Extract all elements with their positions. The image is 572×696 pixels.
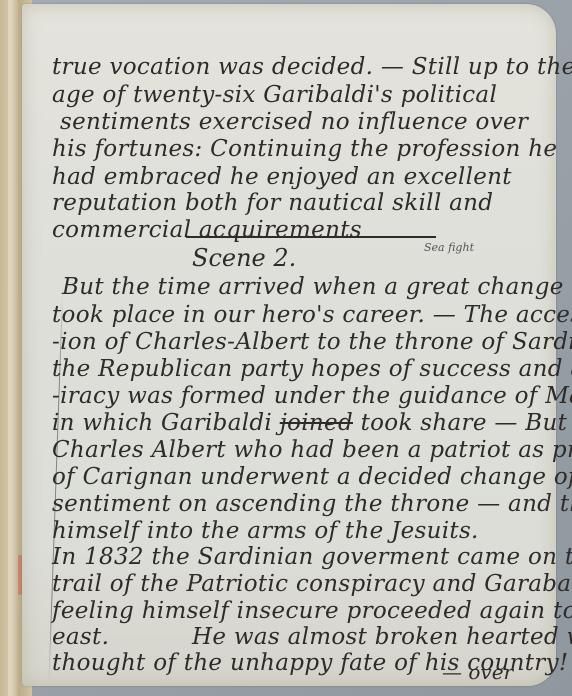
text-line: true vocation was decided. — Still up to…: [52, 56, 572, 79]
text-fragment: took share — But: [361, 410, 568, 436]
text-line: the Republican party hopes of success an…: [52, 358, 572, 381]
text-line: age of twenty-six Garibaldi's political: [52, 84, 497, 107]
binding-tape: [8, 0, 18, 696]
text-line: himself into the arms of the Jesuits.: [52, 520, 479, 543]
text-line: east.: [52, 626, 109, 649]
text-line: -ion of Charles-Albert to the throne of …: [52, 331, 572, 354]
text-line: in which Garibaldi joined took share — B…: [52, 412, 567, 435]
marginal-note: Sea fight: [424, 241, 474, 254]
text-line: sentiments exercised no influence over: [60, 111, 528, 134]
text-line: trail of the Patriotic conspiracy and Ga…: [52, 573, 572, 596]
text-line: commercial acquirements: [52, 219, 362, 242]
text-line: He was almost broken hearted when he: [192, 626, 572, 649]
manuscript-page: true vocation was decided. — Still up to…: [22, 4, 556, 686]
text-line: his fortunes: Continuing the profession …: [52, 138, 557, 161]
continuation-note: — over: [442, 660, 513, 684]
text-line: of Carignan underwent a decided change o…: [52, 466, 572, 489]
text-line: -iracy was formed under the guidance of …: [52, 385, 572, 408]
struck-word: joined: [280, 410, 353, 436]
text-line: feeling himself insecure proceeded again…: [52, 600, 572, 623]
text-fragment: in which Garibaldi: [52, 410, 272, 436]
section-heading: Scene 2.: [192, 244, 296, 272]
text-line: In 1832 the Sardinian goverment came on …: [52, 546, 572, 569]
text-line: But the time arrived when a great change: [62, 276, 564, 299]
text-line: sentiment on ascending the throne — and …: [52, 493, 572, 516]
text-line: took place in our hero's career. — The a…: [52, 304, 572, 327]
section-divider: [186, 236, 436, 238]
text-line: reputation both for nautical skill and: [52, 192, 493, 215]
text-line: had embraced he enjoyed an excellent: [52, 166, 512, 189]
text-line: Charles Albert who had been a patriot as…: [52, 439, 572, 462]
